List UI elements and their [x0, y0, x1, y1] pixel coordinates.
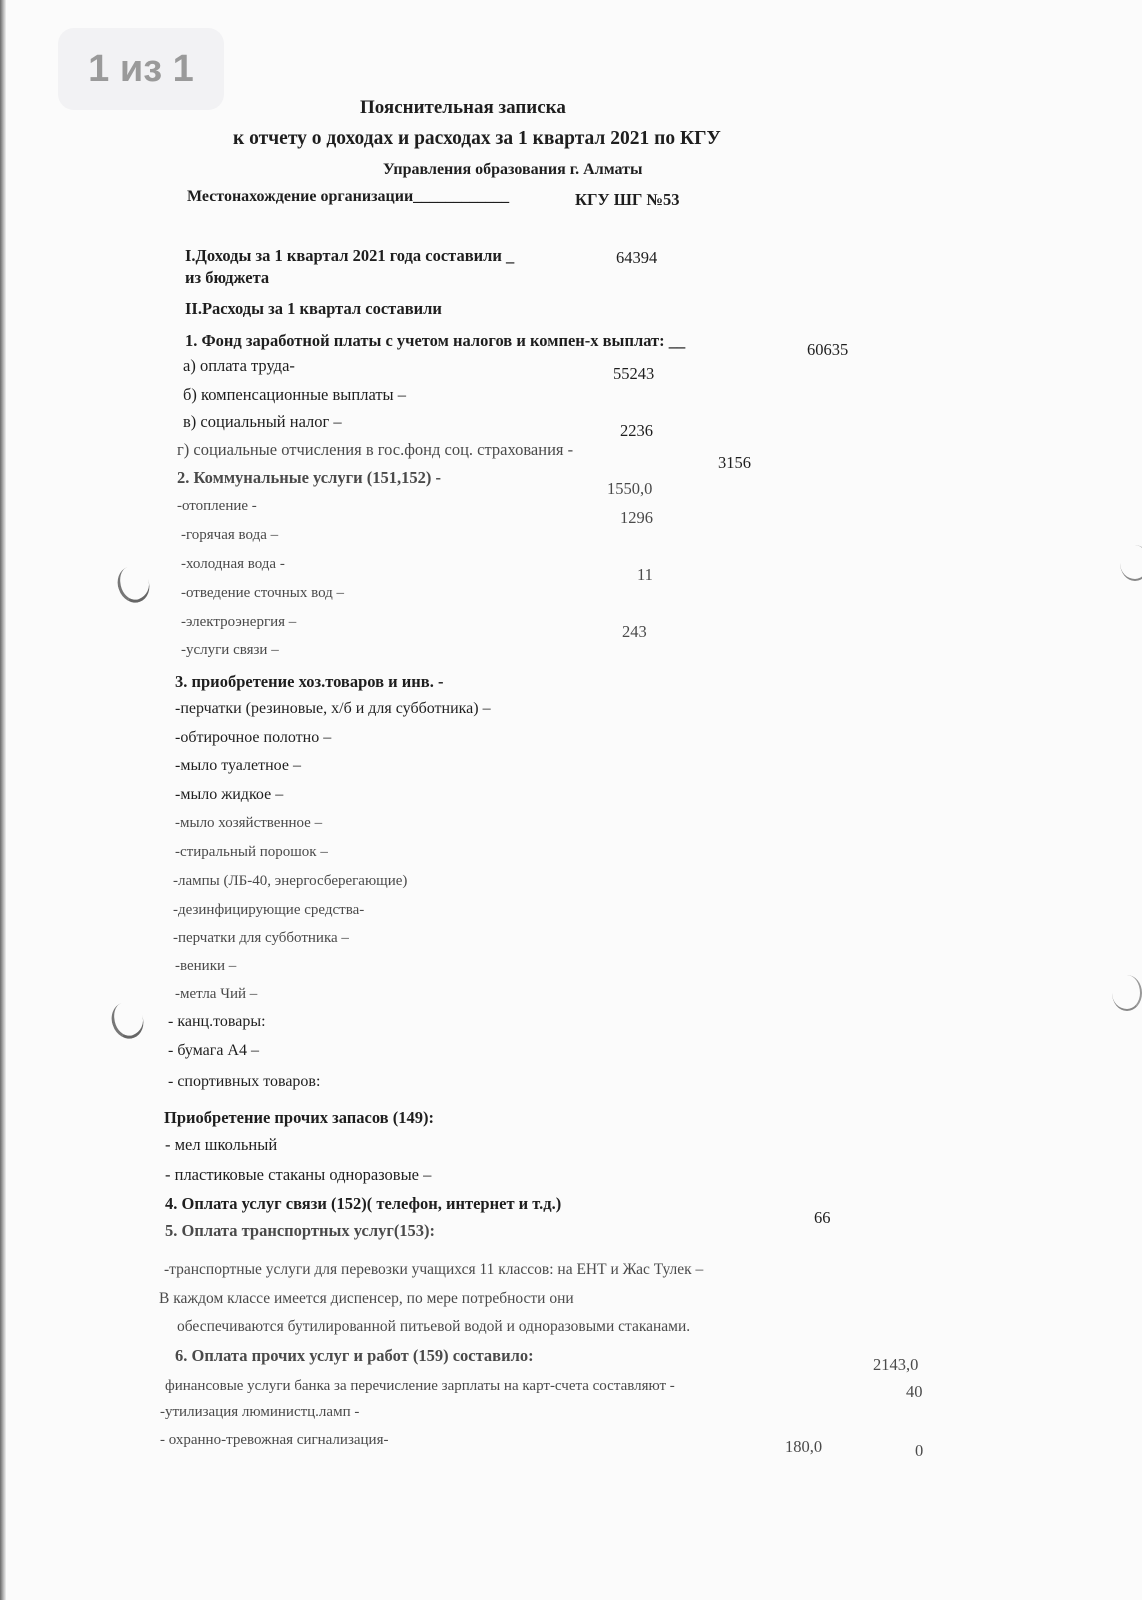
other-services-item-label: -утилизация люминистц.ламп - [160, 1404, 359, 1421]
supplies-item: -метла Чий – [175, 986, 257, 1003]
supplies-item: - бумага А4 – [168, 1042, 259, 1060]
supplies-item: - канц.товары: [168, 1013, 266, 1031]
utilities-item-label: -электроэнергия – [181, 614, 296, 631]
supplies-label: 3. приобретение хоз.товаров и инв. - [175, 672, 443, 692]
punch-hole-mark [1112, 975, 1142, 1011]
supplies-item: -мыло хозяйственное – [175, 815, 322, 832]
supplies-item: -лампы (ЛБ-40, энергосберегающие) [173, 873, 407, 890]
payroll-value: 60635 [807, 340, 848, 360]
supplies-item: -перчатки (резиновые, х/б и для субботни… [175, 700, 491, 718]
punch-hole-mark [113, 562, 155, 607]
expenses-label: II.Расходы за 1 квартал составили [185, 299, 442, 319]
supplies-item: -дезинфицирующие средства- [173, 902, 364, 919]
other-stock-item: - мел школьный [165, 1135, 277, 1155]
transport-label: 5. Оплата транспортных услуг(153): [165, 1221, 435, 1241]
punch-hole-mark [1120, 545, 1142, 581]
utilities-item-value: 243 [622, 622, 647, 642]
supplies-item: -стиральный порошок – [175, 844, 328, 861]
supplies-item: -мыло жидкое – [175, 786, 283, 804]
communication-value: 66 [814, 1208, 831, 1228]
income-value: 64394 [616, 248, 657, 268]
income-source: из бюджета [185, 268, 269, 288]
page-counter: 1 из 1 [58, 28, 224, 110]
transport-line: обеспечиваются бутилированной питьевой в… [177, 1318, 690, 1336]
utilities-item-label: -услуги связи – [181, 642, 279, 659]
utilities-item-label: -отопление - [177, 498, 257, 515]
scan-edge [0, 0, 6, 1600]
other-stock-item: - пластиковые стаканы одноразовые – [165, 1165, 431, 1185]
supplies-item: -мыло туалетное – [175, 757, 301, 775]
other-services-label: 6. Оплата прочих услуг и работ (159) сос… [175, 1346, 534, 1366]
document-subtitle: к отчету о доходах и расходах за 1 кварт… [233, 128, 721, 150]
payroll-item-label: в) социальный налог – [183, 412, 342, 432]
other-services-item-value2: 0 [915, 1441, 923, 1461]
income-label: I.Доходы за 1 квартал 2021 года составил… [185, 246, 514, 266]
other-stock-label: Приобретение прочих запасов (149): [164, 1108, 434, 1128]
utilities-item-label: -холодная вода - [181, 556, 285, 573]
punch-hole-mark [107, 998, 149, 1043]
department: Управления образования г. Алматы [383, 161, 642, 179]
location-label: Местонахождение организации____________ [187, 188, 509, 206]
payroll-item-value: 55243 [613, 364, 654, 384]
supplies-item: -веники – [175, 958, 236, 975]
transport-line: В каждом классе имеется диспенсер, по ме… [159, 1290, 574, 1308]
document-title: Пояснительная записка [360, 97, 566, 119]
payroll-item-label: а) оплата труда- [183, 356, 295, 376]
utilities-item-value: 1296 [620, 508, 653, 528]
other-services-item-value: 180,0 [785, 1437, 822, 1457]
utilities-value: 1550,0 [607, 479, 652, 499]
utilities-item-label: -отведение сточных вод – [181, 585, 344, 602]
supplies-item: - спортивных товаров: [168, 1073, 320, 1091]
supplies-item: -перчатки для субботника – [173, 930, 349, 947]
utilities-label: 2. Коммунальные услуги (151,152) - [177, 468, 441, 488]
communication-label: 4. Оплата услуг связи (152)( телефон, ин… [165, 1194, 561, 1214]
other-services-item-label: финансовые услуги банка за перечисление … [165, 1378, 675, 1395]
utilities-item-label: -горячая вода – [181, 527, 278, 544]
payroll-item-label: б) компенсационные выплаты – [183, 385, 406, 405]
utilities-item-value: 11 [637, 565, 653, 585]
payroll-label: 1. Фонд заработной платы с учетом налого… [185, 331, 685, 351]
payroll-item-label: г) социальные отчисления в гос.фонд соц.… [177, 440, 573, 460]
other-services-item-label: - охранно-тревожная сигнализация- [160, 1432, 388, 1449]
organization-name: КГУ ШГ №53 [575, 190, 680, 210]
other-services-item-value: 40 [906, 1382, 923, 1402]
transport-line: -транспортные услуги для перевозки учащи… [164, 1261, 703, 1279]
payroll-item-value: 2236 [620, 421, 653, 441]
payroll-item-value: 3156 [718, 453, 751, 473]
supplies-item: -обтирочное полотно – [175, 729, 331, 747]
other-services-value: 2143,0 [873, 1355, 918, 1375]
